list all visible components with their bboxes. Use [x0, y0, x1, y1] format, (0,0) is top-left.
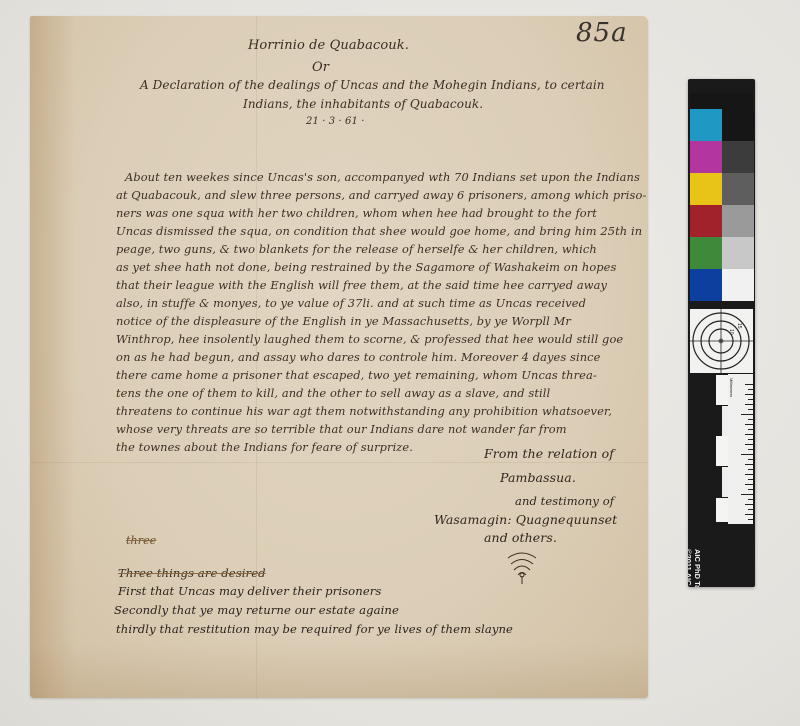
- gray-swatch: [722, 173, 754, 205]
- body-line: ners was one squa with her two children,…: [116, 206, 597, 220]
- cyan-swatch: [690, 109, 722, 141]
- body-line: Winthrop, hee insolently laughed them to…: [116, 332, 623, 346]
- ruler-tick: [748, 439, 753, 440]
- yellow-swatch: [690, 173, 722, 205]
- svg-text:15: 15: [736, 323, 742, 329]
- signature-flourish-icon: [502, 548, 542, 588]
- notes-heading-text: Three things are desired: [118, 566, 266, 580]
- ruler-tick: [745, 394, 753, 395]
- fold-line: [30, 462, 648, 463]
- svg-text:10: 10: [728, 329, 734, 335]
- body-line: that their league with the English will …: [116, 278, 607, 292]
- ruler-tick: [745, 464, 753, 465]
- ruler-tick: [745, 444, 753, 445]
- gray-swatch: [722, 269, 754, 301]
- bullseye-icon: 15 10: [690, 309, 753, 373]
- notes-line: First that Uncas may deliver their priso…: [118, 584, 381, 598]
- attestation-others: and others.: [484, 530, 557, 545]
- body-line: whose very threats are so terrible that …: [116, 422, 567, 436]
- notes-line: Secondly that ye may returne our estate …: [114, 603, 399, 617]
- body-line: also, in stuffe & monyes, to ye value of…: [116, 296, 586, 310]
- notes-line: thirdly that restitution may be required…: [116, 622, 513, 636]
- body-line: threatens to continue his war agt them n…: [116, 404, 612, 418]
- focus-target: 15 10: [690, 309, 753, 373]
- body-line: on as he had begun, and assay who dares …: [116, 350, 601, 364]
- gray-scale-block: [716, 436, 728, 466]
- ruler-tick: [745, 384, 753, 385]
- body-line: tens the one of them to kill, and the ot…: [116, 386, 550, 400]
- ruler-tick: [748, 459, 753, 460]
- heading-date: 21 · 3 · 61 ·: [306, 116, 365, 127]
- body-line: there came home a prisoner that escaped,…: [116, 368, 597, 382]
- notes-heading: Three things are desired: [118, 566, 266, 580]
- ruler-tick: [745, 434, 753, 435]
- ruler-tick: [748, 389, 753, 390]
- attestation-name: Pambassua.: [500, 470, 576, 485]
- target-label: AIC PhD Target ©2011 AIC: [688, 549, 702, 587]
- attestation-testimony: and testimony of: [515, 494, 614, 508]
- body-line: at Quabacouk, and slew three persons, an…: [116, 188, 646, 202]
- gray-scale-block: [716, 498, 728, 522]
- body-line: About ten weekes since Uncas's son, acco…: [125, 170, 640, 184]
- magenta-swatch: [690, 141, 722, 173]
- target-label-line: ©2011 AIC: [688, 549, 693, 587]
- ruler-tick: [748, 449, 753, 450]
- heading-declaration: A Declaration of the dealings of Uncas a…: [140, 78, 605, 92]
- ruler-tick: [741, 494, 753, 495]
- ruler-tick: [748, 519, 753, 520]
- attestation-from: From the relation of: [484, 446, 614, 461]
- gray-swatch: [722, 141, 754, 173]
- body-line: as yet shee hath not done, being restrai…: [116, 260, 616, 274]
- gray-swatch: [722, 205, 754, 237]
- red-swatch: [690, 205, 722, 237]
- body-line: peage, two guns, & two blankets for the …: [116, 242, 597, 256]
- ruler-tick: [748, 419, 753, 420]
- ruler-tick: [745, 424, 753, 425]
- heading-or: Or: [312, 60, 329, 75]
- struck-word: three: [126, 534, 156, 547]
- ruler-tick: [748, 489, 753, 490]
- ruler-tick: [748, 399, 753, 400]
- color-calibration-target: 15 10 Millimeters: [688, 79, 755, 587]
- green-swatch: [690, 237, 722, 269]
- gray-scale-block: [716, 375, 728, 405]
- ruler-tick: [745, 474, 753, 475]
- ruler-tick: [745, 504, 753, 505]
- body-line: notice of the displeasure of the English…: [116, 314, 571, 328]
- attestation-names: Wasamagin: Quagnequunset: [434, 512, 617, 527]
- gray-swatch: [722, 237, 754, 269]
- ruler-tick: [748, 469, 753, 470]
- ruler-tick: [748, 429, 753, 430]
- heading-inhabitants: Indians, the inhabitants of Quabacouk.: [243, 97, 483, 111]
- ruler-tick: [748, 409, 753, 410]
- body-line: the townes about the Indians for feare o…: [116, 440, 413, 454]
- folio-number: 85a: [576, 18, 628, 48]
- black-swatch: [690, 93, 753, 109]
- target-label-line: AIC PhD Target: [693, 549, 702, 587]
- ruler-tick: [745, 484, 753, 485]
- ruler-tick: [741, 414, 753, 415]
- ruler-tick: [745, 404, 753, 405]
- ruler-tick: [741, 454, 753, 455]
- blue-swatch: [690, 269, 722, 301]
- gray-swatch: [722, 109, 754, 141]
- body-line: Uncas dismissed the squa, on condition t…: [116, 224, 642, 238]
- heading-title: Horrinio de Quabacouk.: [248, 38, 409, 53]
- ruler-tick: [745, 514, 753, 515]
- ruler-tick: [748, 499, 753, 500]
- ruler-tick: [748, 509, 753, 510]
- ruler-label: Millimeters: [729, 378, 734, 397]
- ruler-tick: [748, 479, 753, 480]
- millimeter-ruler: Millimeters: [728, 374, 753, 524]
